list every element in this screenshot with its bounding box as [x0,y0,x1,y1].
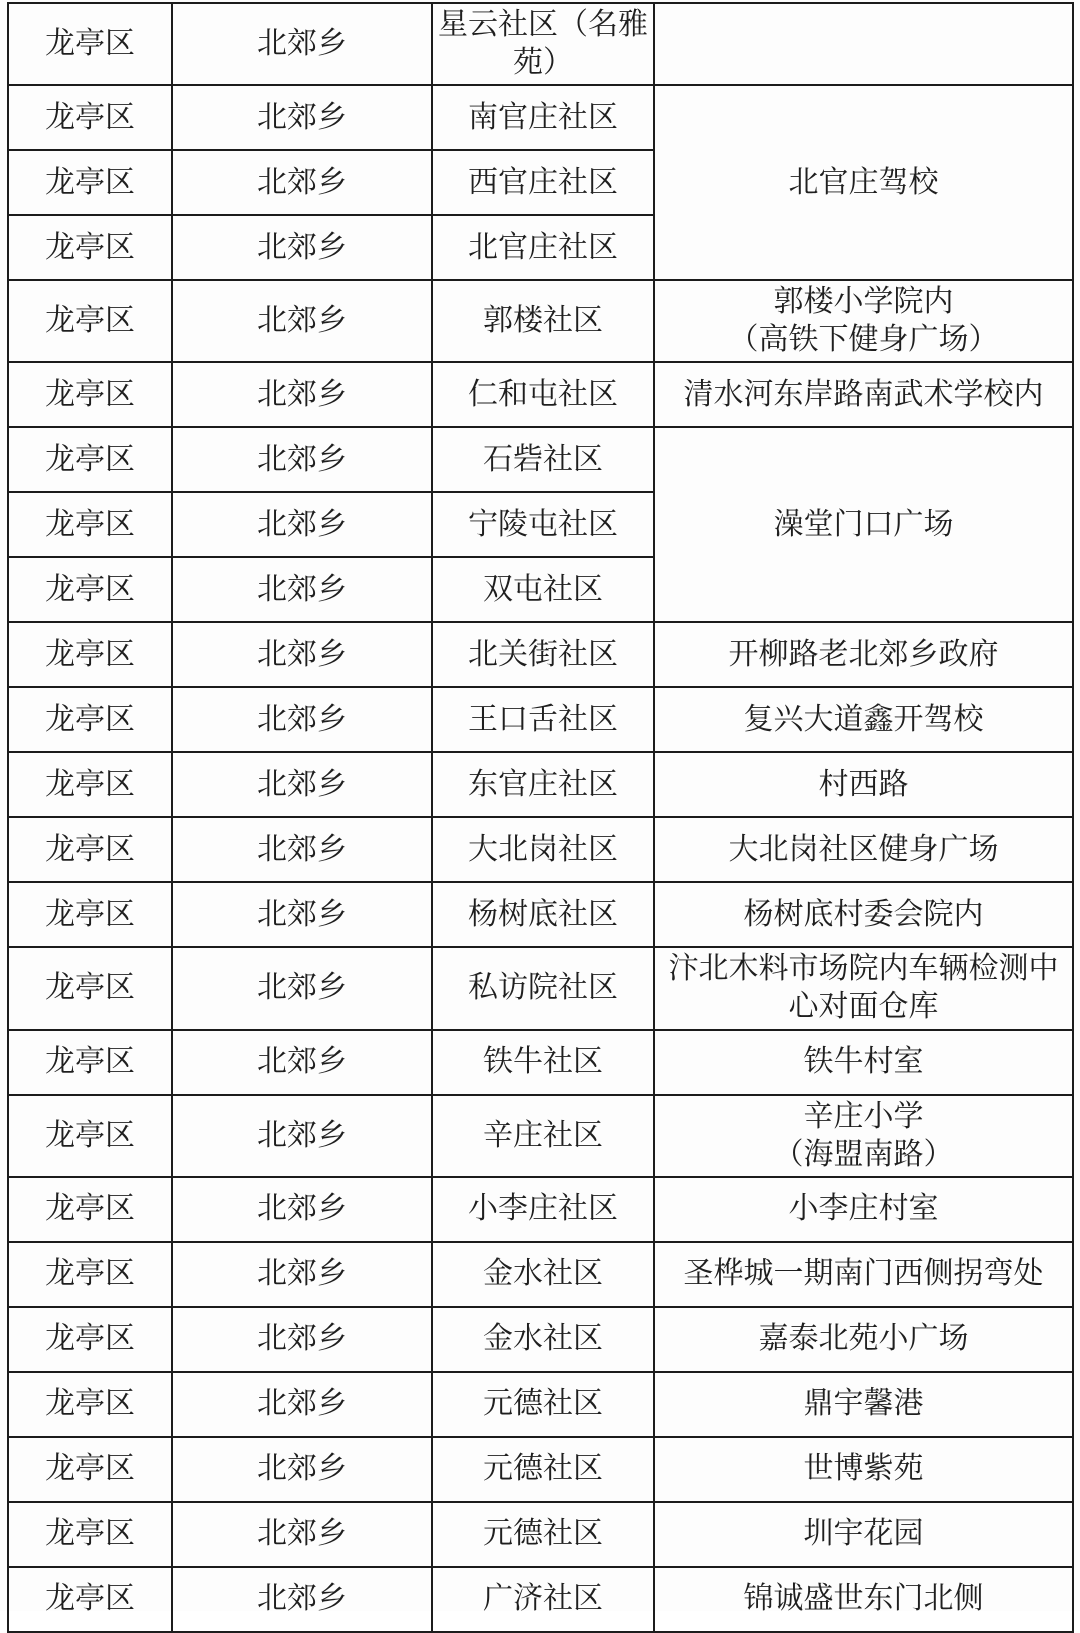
township-cell: 北郊乡 [172,752,432,817]
district-cell: 龙亭区 [8,1095,172,1177]
community-cell: 东官庄社区 [432,752,654,817]
community-location-table: 龙亭区 北郊乡 星云社区（名雅苑） 龙亭区 北郊乡 南官庄社区 北官庄驾校 龙亭… [7,2,1074,1633]
location-cell: 小李庄村室 [654,1177,1073,1242]
community-cell: 元德社区 [432,1502,654,1567]
table-row: 龙亭区 北郊乡 王口舌社区 复兴大道鑫开驾校 [8,687,1073,752]
table-row: 龙亭区 北郊乡 仁和屯社区 清水河东岸路南武术学校内 [8,362,1073,427]
community-cell: 元德社区 [432,1372,654,1437]
table-row: 龙亭区 北郊乡 私访院社区 汴北木料市场院内车辆检测中心对面仓库 [8,947,1073,1029]
location-cell-merged: 北官庄驾校 [654,85,1073,280]
location-cell: 杨树底村委会院内 [654,882,1073,947]
township-cell: 北郊乡 [172,882,432,947]
table-row: 龙亭区 北郊乡 北关街社区 开柳路老北郊乡政府 [8,622,1073,687]
township-cell: 北郊乡 [172,947,432,1029]
table-row: 龙亭区 北郊乡 星云社区（名雅苑） [8,3,1073,85]
table-row: 龙亭区 北郊乡 元德社区 圳宇花园 [8,1502,1073,1567]
table-row: 龙亭区 北郊乡 金水社区 圣桦城一期南门西侧拐弯处 [8,1242,1073,1307]
district-cell: 龙亭区 [8,3,172,85]
district-cell: 龙亭区 [8,85,172,150]
district-cell: 龙亭区 [8,687,172,752]
location-cell-merged: 澡堂门口广场 [654,427,1073,622]
district-cell: 龙亭区 [8,1242,172,1307]
table-row: 龙亭区 北郊乡 铁牛社区 铁牛村室 [8,1030,1073,1095]
district-cell: 龙亭区 [8,1307,172,1372]
location-cell: 开柳路老北郊乡政府 [654,622,1073,687]
location-cell: 铁牛村室 [654,1030,1073,1095]
township-cell: 北郊乡 [172,85,432,150]
township-cell: 北郊乡 [172,1502,432,1567]
district-cell: 龙亭区 [8,947,172,1029]
township-cell: 北郊乡 [172,622,432,687]
location-cell: 村西路 [654,752,1073,817]
community-cell: 小李庄社区 [432,1177,654,1242]
community-cell: 北关街社区 [432,622,654,687]
district-cell: 龙亭区 [8,1177,172,1242]
community-cell: 北官庄社区 [432,215,654,280]
location-cell: 圳宇花园 [654,1502,1073,1567]
community-cell: 大北岗社区 [432,817,654,882]
district-cell: 龙亭区 [8,1567,172,1632]
township-cell: 北郊乡 [172,1095,432,1177]
community-cell: 郭楼社区 [432,280,654,362]
township-cell: 北郊乡 [172,817,432,882]
location-cell: 圣桦城一期南门西侧拐弯处 [654,1242,1073,1307]
township-cell: 北郊乡 [172,3,432,85]
district-cell: 龙亭区 [8,817,172,882]
location-cell: 郭楼小学院内 （高铁下健身广场） [654,280,1073,362]
township-cell: 北郊乡 [172,687,432,752]
table-row: 龙亭区 北郊乡 郭楼社区 郭楼小学院内 （高铁下健身广场） [8,280,1073,362]
township-cell: 北郊乡 [172,492,432,557]
location-cell: 汴北木料市场院内车辆检测中心对面仓库 [654,947,1073,1029]
location-cell: 锦诚盛世东门北侧 [654,1567,1073,1632]
table-row: 龙亭区 北郊乡 广济社区 锦诚盛世东门北侧 [8,1567,1073,1632]
community-cell: 西官庄社区 [432,150,654,215]
community-cell: 仁和屯社区 [432,362,654,427]
location-cell: 复兴大道鑫开驾校 [654,687,1073,752]
township-cell: 北郊乡 [172,150,432,215]
district-cell: 龙亭区 [8,752,172,817]
table-row: 龙亭区 北郊乡 杨树底社区 杨树底村委会院内 [8,882,1073,947]
community-cell: 金水社区 [432,1242,654,1307]
community-cell: 辛庄社区 [432,1095,654,1177]
district-cell: 龙亭区 [8,557,172,622]
table-row: 龙亭区 北郊乡 金水社区 嘉泰北苑小广场 [8,1307,1073,1372]
location-cell: 嘉泰北苑小广场 [654,1307,1073,1372]
table-row: 龙亭区 北郊乡 小李庄社区 小李庄村室 [8,1177,1073,1242]
township-cell: 北郊乡 [172,1242,432,1307]
township-cell: 北郊乡 [172,215,432,280]
location-cell: 世博紫苑 [654,1437,1073,1502]
community-cell: 双屯社区 [432,557,654,622]
district-cell: 龙亭区 [8,362,172,427]
community-cell: 广济社区 [432,1567,654,1632]
district-cell: 龙亭区 [8,1502,172,1567]
community-cell: 南官庄社区 [432,85,654,150]
community-cell: 杨树底社区 [432,882,654,947]
community-cell: 铁牛社区 [432,1030,654,1095]
table-row: 龙亭区 北郊乡 南官庄社区 北官庄驾校 [8,85,1073,150]
location-cell: 清水河东岸路南武术学校内 [654,362,1073,427]
community-cell: 元德社区 [432,1437,654,1502]
district-cell: 龙亭区 [8,1437,172,1502]
location-cell-empty [654,3,1073,85]
district-cell: 龙亭区 [8,882,172,947]
community-cell: 金水社区 [432,1307,654,1372]
community-cell: 私访院社区 [432,947,654,1029]
township-cell: 北郊乡 [172,1372,432,1437]
township-cell: 北郊乡 [172,1177,432,1242]
community-cell: 宁陵屯社区 [432,492,654,557]
table-row: 龙亭区 北郊乡 东官庄社区 村西路 [8,752,1073,817]
table-row: 龙亭区 北郊乡 元德社区 鼎宇馨港 [8,1372,1073,1437]
table-row: 龙亭区 北郊乡 辛庄社区 辛庄小学 （海盟南路） [8,1095,1073,1177]
township-cell: 北郊乡 [172,1307,432,1372]
district-cell: 龙亭区 [8,1372,172,1437]
township-cell: 北郊乡 [172,280,432,362]
district-cell: 龙亭区 [8,427,172,492]
table-row: 龙亭区 北郊乡 石砦社区 澡堂门口广场 [8,427,1073,492]
location-cell: 大北岗社区健身广场 [654,817,1073,882]
district-cell: 龙亭区 [8,150,172,215]
district-cell: 龙亭区 [8,280,172,362]
district-cell: 龙亭区 [8,492,172,557]
community-cell: 星云社区（名雅苑） [432,3,654,85]
township-cell: 北郊乡 [172,1437,432,1502]
district-cell: 龙亭区 [8,215,172,280]
location-cell: 鼎宇馨港 [654,1372,1073,1437]
scanned-document-page: 龙亭区 北郊乡 星云社区（名雅苑） 龙亭区 北郊乡 南官庄社区 北官庄驾校 龙亭… [0,0,1080,1611]
township-cell: 北郊乡 [172,427,432,492]
district-cell: 龙亭区 [8,622,172,687]
community-cell: 石砦社区 [432,427,654,492]
district-cell: 龙亭区 [8,1030,172,1095]
township-cell: 北郊乡 [172,362,432,427]
location-cell: 辛庄小学 （海盟南路） [654,1095,1073,1177]
township-cell: 北郊乡 [172,557,432,622]
community-cell: 王口舌社区 [432,687,654,752]
table-row: 龙亭区 北郊乡 大北岗社区 大北岗社区健身广场 [8,817,1073,882]
table-row: 龙亭区 北郊乡 元德社区 世博紫苑 [8,1437,1073,1502]
township-cell: 北郊乡 [172,1030,432,1095]
township-cell: 北郊乡 [172,1567,432,1632]
